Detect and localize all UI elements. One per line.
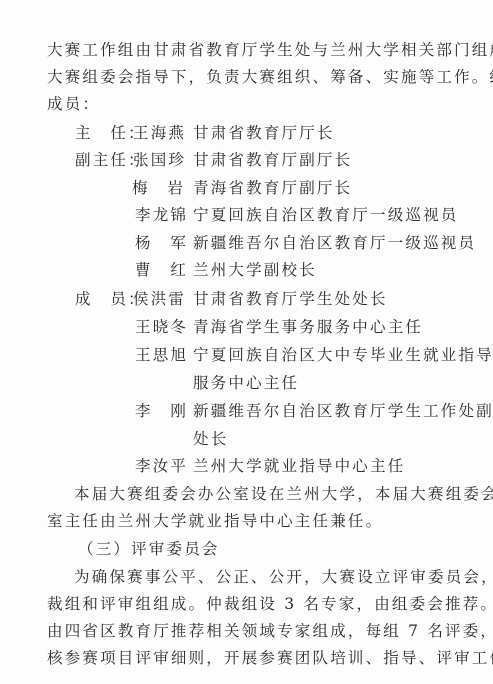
office-line-2: 室主任由兰州大学就业指导中心主任兼任。 (47, 511, 383, 531)
intro-line-1: 大赛工作组由甘肃省教育厅学生处与兰州大学相关部门组成，在 (47, 40, 493, 60)
committee-title: 甘肃省教育厅厅长 (193, 123, 335, 143)
committee-title-continued: 处长 (193, 429, 228, 449)
section-heading: （三）评审委员会 (78, 539, 220, 559)
committee-name: 王海燕 (133, 123, 186, 143)
committee-name: 曹 红 (135, 260, 188, 280)
committee-title: 青海省教育厅副厅长 (193, 178, 352, 198)
committee-title: 宁夏回族自治区大中专毕业生就业指导 (193, 345, 493, 365)
committee-title: 新疆维吾尔自治区教育厅一级巡视员 (193, 233, 476, 253)
review-line-3: 由四省区教育厅推荐相关领域专家组成，每组 7 名评委，负责审 (47, 621, 493, 641)
review-line-4: 核参赛项目评审细则，开展参赛团队培训、指导、评审工作。职 (47, 648, 493, 668)
committee-name: 张国珍 (133, 150, 186, 170)
intro-line-3: 成员： (47, 94, 100, 114)
committee-title: 兰州大学副校长 (193, 260, 317, 280)
committee-name: 王思旭 (135, 345, 188, 365)
review-line-2: 裁组和评审组组成。仲裁组设 3 名专家，由组委会推荐。评审组 (47, 594, 493, 614)
committee-name: 王晓冬 (135, 317, 188, 337)
committee-title: 兰州大学就业指导中心主任 (193, 456, 405, 476)
committee-title: 甘肃省教育厅副厅长 (193, 150, 352, 170)
document-page: 大赛工作组由甘肃省教育厅学生处与兰州大学相关部门组成，在 大赛组委会指导下，负责… (0, 0, 493, 684)
committee-title: 宁夏回族自治区教育厅一级巡视员 (193, 205, 459, 225)
committee-title: 甘肃省教育厅学生处处长 (193, 289, 388, 309)
office-line-1: 本届大赛组委会办公室设在兰州大学，本届大赛组委会办公 (74, 484, 493, 504)
committee-name: 梅 岩 (132, 178, 185, 198)
review-line-1: 为确保赛事公平、公正、公开，大赛设立评审委员会，由仲 (74, 567, 493, 587)
committee-title-continued: 服务中心主任 (193, 373, 299, 393)
intro-line-2: 大赛组委会指导下，负责大赛组织、筹备、实施等工作。组委会 (47, 67, 493, 87)
committee-title: 青海省学生事务服务中心主任 (193, 317, 423, 337)
committee-title: 新疆维吾尔自治区教育厅学生工作处副 (193, 401, 493, 421)
committee-name: 侯洪雷 (133, 289, 186, 309)
committee-name: 李龙锦 (135, 205, 188, 225)
committee-name: 李汝平 (135, 456, 188, 476)
committee-name: 李 刚 (135, 401, 188, 421)
committee-name: 杨 军 (135, 233, 188, 253)
